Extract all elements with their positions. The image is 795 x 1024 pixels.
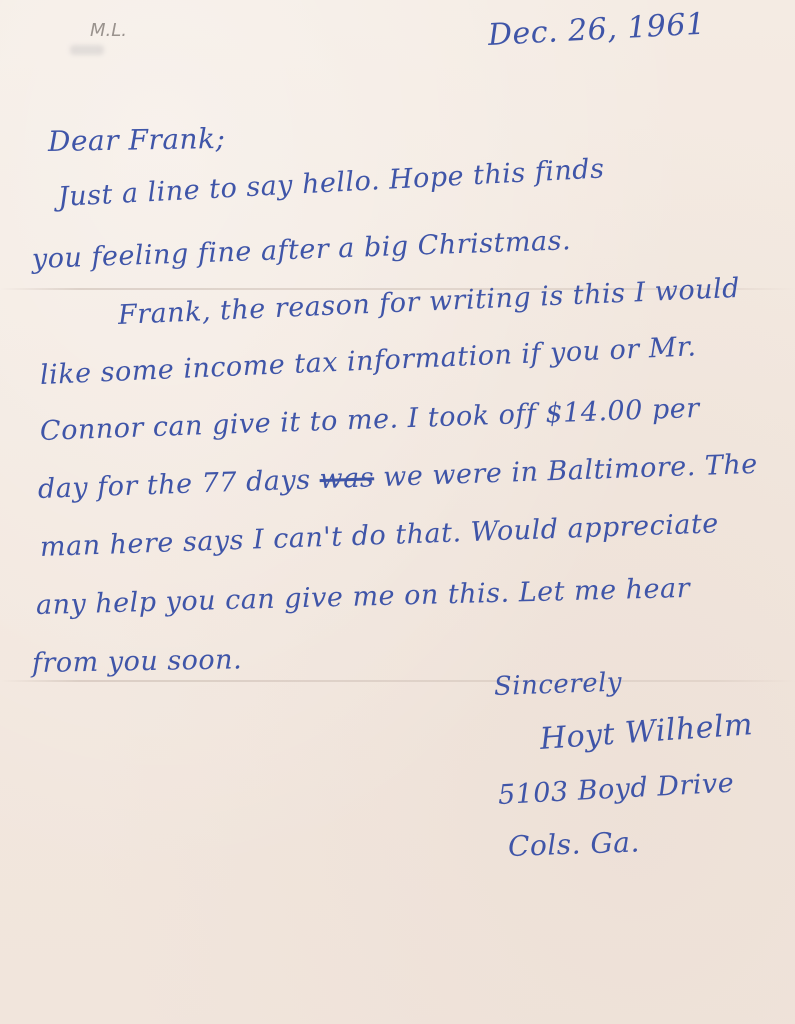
- body-line-3: Frank, the reason for writing is this I …: [117, 273, 740, 331]
- address-line-2: Cols. Ga.: [507, 825, 640, 863]
- body-line-6: day for the 77 days was we were in Balti…: [37, 449, 758, 505]
- body-line-9: from you soon.: [32, 644, 243, 679]
- letter-paper: M.L. Dec. 26, 1961 Dear Frank; Just a li…: [0, 0, 795, 1024]
- address-line-1: 5103 Boyd Drive: [497, 768, 735, 811]
- body-line-1: Just a line to say hello. Hope this find…: [57, 153, 605, 213]
- crossed-out-word: was: [319, 462, 375, 495]
- pencil-annotation: M.L.: [90, 20, 127, 41]
- body-line-4: like some income tax information if you …: [39, 331, 697, 391]
- paper-fold-line: [0, 680, 795, 682]
- eraser-smudge: [70, 45, 104, 55]
- body-line-5: Connor can give it to me. I took off $14…: [39, 393, 700, 447]
- closing: Sincerely: [493, 668, 622, 702]
- body-line-6-text: day for the 77 days: [37, 464, 311, 504]
- signature: Hoyt Wilhelm: [539, 707, 754, 757]
- body-line-8: any help you can give me on this. Let me…: [36, 573, 691, 621]
- body-line-7: man here says I can't do that. Would app…: [39, 508, 719, 563]
- body-line-6-continued: we were in Baltimore. The: [383, 449, 759, 493]
- letter-date: Dec. 26, 1961: [487, 7, 706, 53]
- salutation: Dear Frank;: [48, 122, 226, 158]
- body-line-2: you feeling fine after a big Christmas.: [31, 225, 571, 275]
